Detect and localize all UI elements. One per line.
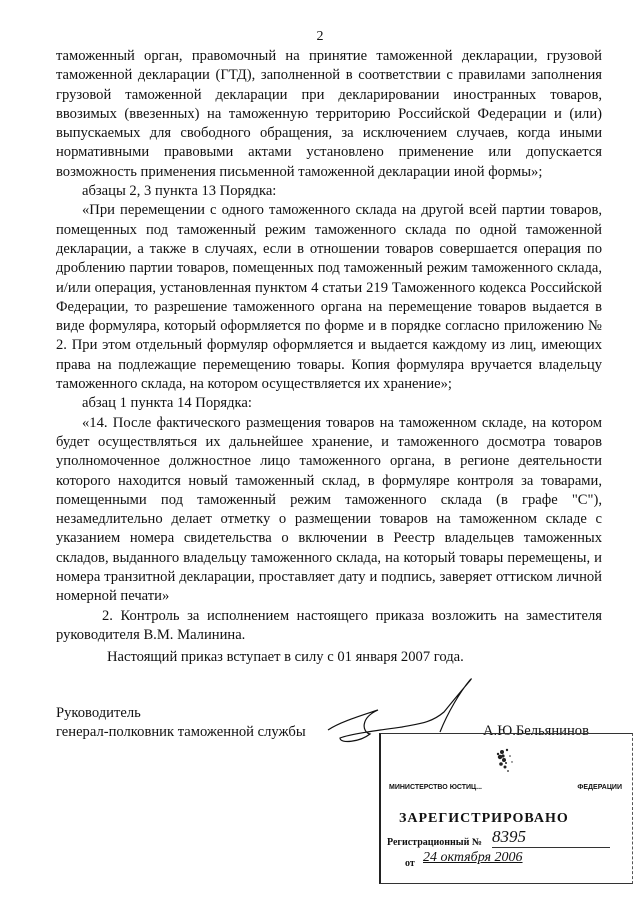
enactment-statement: Настоящий приказ вступает в силу с 01 ян…: [107, 649, 464, 666]
registration-stamp: МИНИСТЕРСТВО ЮСТИЦ... ФЕДЕРАЦИИ ЗАРЕГИСТ…: [379, 733, 633, 884]
document-body: таможенный орган, правомочный на приняти…: [56, 47, 602, 645]
paragraph-section-14-ref: абзац 1 пункта 14 Порядка:: [56, 394, 602, 413]
stamp-title: ЗАРЕГИСТРИРОВАНО: [399, 811, 569, 827]
paragraph-section-13-quote: «При перемещении с одного таможенного ск…: [56, 201, 602, 394]
paragraph-control-clause: 2. Контроль за исполнением настоящего пр…: [56, 607, 602, 646]
stamp-date: 24 октября 2006: [423, 850, 523, 866]
stamp-ministry-left: МИНИСТЕРСТВО ЮСТИЦ...: [389, 784, 482, 791]
paragraph-section-13-ref: абзацы 2, 3 пункта 13 Порядка:: [56, 182, 602, 201]
stamp-date-label: от: [405, 858, 415, 869]
signatory-position-line1: Руководитель: [56, 704, 306, 723]
signatory-position: Руководитель генерал-полковник таможенно…: [56, 704, 306, 742]
stamp-number: 8395: [492, 827, 610, 848]
stamp-number-label: Регистрационный №: [387, 837, 482, 848]
emblem-icon: [492, 742, 520, 776]
page-number: 2: [0, 29, 640, 45]
signatory-position-line2: генерал-полковник таможенной службы: [56, 723, 306, 742]
paragraph-section-14-quote: «14. После фактического размещения товар…: [56, 414, 602, 607]
paragraph-continuation: таможенный орган, правомочный на приняти…: [56, 47, 602, 182]
stamp-ministry-right: ФЕДЕРАЦИИ: [577, 784, 622, 791]
